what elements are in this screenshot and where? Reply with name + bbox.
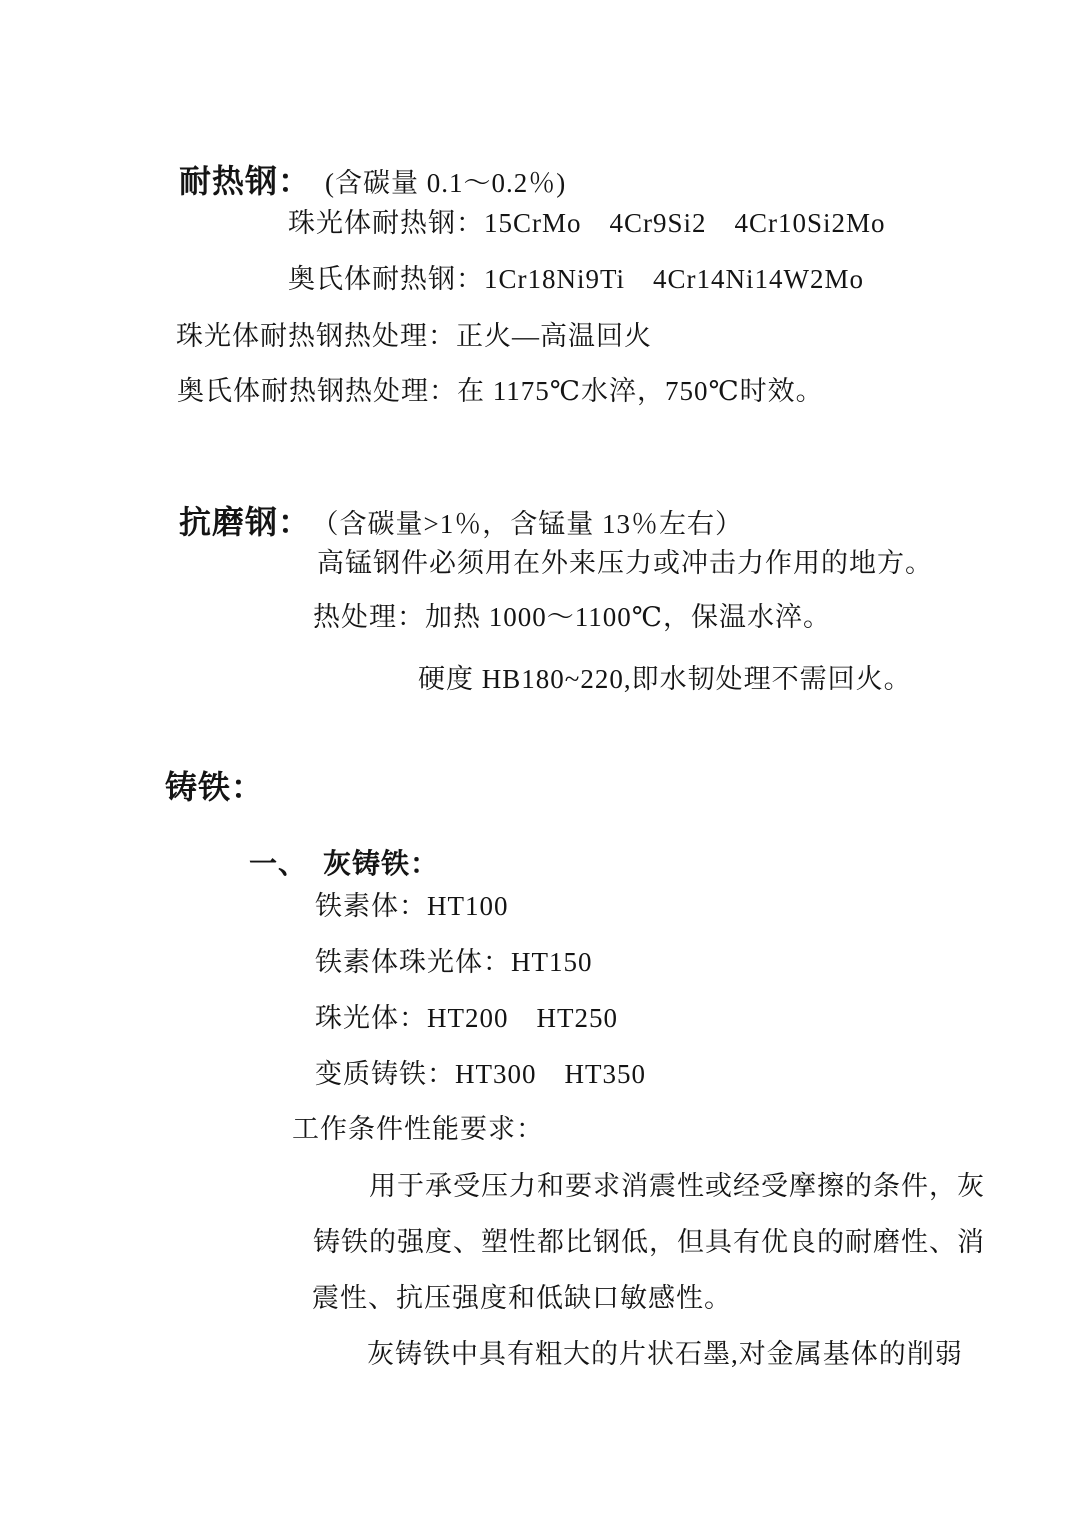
- cast-iron-type-line: 变质铸铁：HT300 HT350: [315, 1052, 646, 1091]
- pearlite-heat-treatment-line: 珠光体耐热钢热处理：正火—高温回火: [176, 314, 652, 353]
- pearlite-steel-grades-line: 珠光体耐热钢：15CrMo 4Cr9Si2 4Cr10Si2Mo: [288, 201, 886, 240]
- wear-steel-heading: 抗磨钢：: [179, 504, 311, 540]
- cast-iron-type-line: 铁素体珠光体：HT150: [315, 940, 593, 979]
- paragraph-line: 铸铁的强度、塑性都比钢低，但具有优良的耐磨性、消: [313, 1220, 985, 1259]
- austenite-heat-treatment-line: 奥氏体耐热钢热处理：在 1175℃水淬，750℃时效。: [177, 369, 824, 408]
- wear-steel-usage-line: 高锰钢件必须用在外来压力或冲击力作用的地方。: [317, 541, 933, 580]
- work-condition-label: 工作条件性能要求：: [292, 1107, 544, 1146]
- paragraph-line: 震性、抗压强度和低缺口敏感性。: [312, 1276, 732, 1315]
- paragraph-line: 用于承受压力和要求消震性或经受摩擦的条件，灰: [369, 1164, 985, 1203]
- document-page: 耐热钢：(含碳量 0.1～0.2％) 珠光体耐热钢：15CrMo 4Cr9Si2…: [0, 0, 1080, 1528]
- heat-steel-heading: 耐热钢：: [179, 163, 311, 199]
- cast-iron-heading: 铸铁：: [165, 762, 264, 808]
- wear-steel-note: （含碳量>1％，含锰量 13％左右）: [325, 509, 743, 539]
- gray-cast-iron-number: 一、: [249, 849, 307, 880]
- wear-steel-hardness-line: 硬度 HB180~220,即水韧处理不需回火。: [418, 657, 912, 696]
- heat-steel-note: (含碳量 0.1～0.2％): [325, 168, 566, 198]
- austenite-steel-grades-line: 奥氏体耐热钢：1Cr18Ni9Ti 4Cr14Ni14W2Mo: [288, 257, 864, 296]
- gray-cast-iron-title: 灰铸铁：: [323, 849, 439, 880]
- cast-iron-type-line: 珠光体：HT200 HT250: [315, 996, 618, 1035]
- paragraph-line: 灰铸铁中具有粗大的片状石墨,对金属基体的削弱: [367, 1332, 963, 1371]
- cast-iron-type-line: 铁素体：HT100: [315, 884, 509, 923]
- wear-steel-heat-treatment-line: 热处理：加热 1000～1100℃，保温水淬。: [313, 595, 831, 634]
